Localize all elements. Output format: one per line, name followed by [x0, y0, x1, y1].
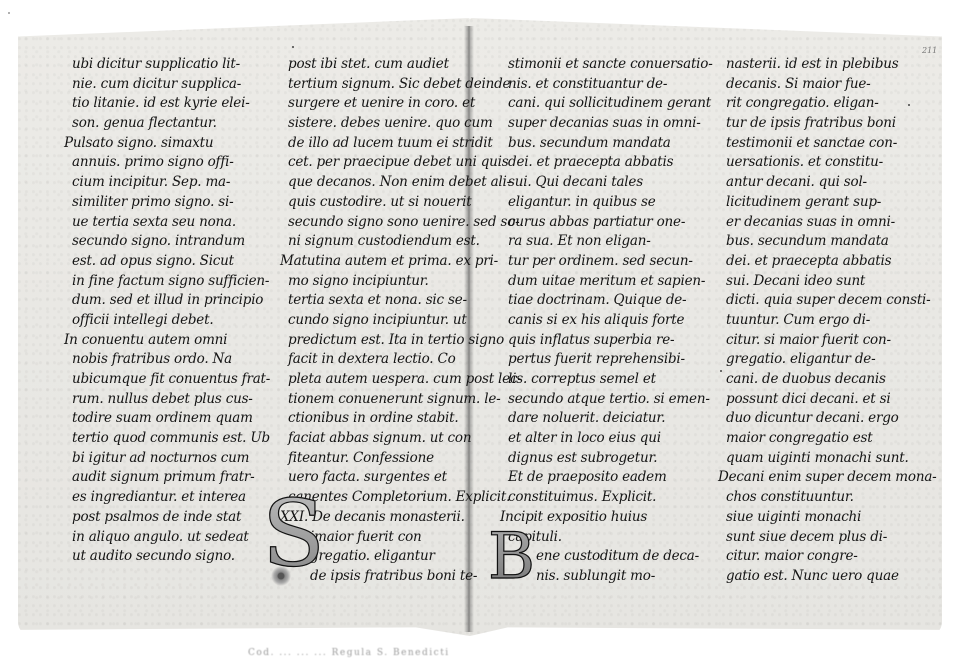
manuscript-line: todire suam ordinem quam: [72, 409, 270, 429]
manuscript-line: possunt dici decani. et si: [726, 390, 937, 410]
manuscript-line: er decanias suas in omni-: [726, 213, 937, 233]
manuscript-line: dum uitae meritum et sapien-: [508, 272, 713, 292]
manuscript-line: cium incipitur. Sep. ma-: [72, 173, 270, 193]
parchment-speck: [8, 12, 10, 14]
manuscript-line: licitudinem gerant sup-: [726, 193, 937, 213]
manuscript-line: sunt siue decem plus di-: [726, 528, 937, 548]
manuscript-line: tur de ipsis fratribus boni: [726, 114, 937, 134]
manuscript-line: dare noluerit. deiciatur.: [508, 409, 713, 429]
manuscript-line: ue tertia sexta seu nona.: [72, 213, 270, 233]
manuscript-line: bi igitur ad nocturnos cum: [72, 449, 270, 469]
manuscript-line: secundo atque tertio. si emen-: [508, 390, 713, 410]
manuscript-line: pertus fuerit reprehensibi-: [508, 350, 713, 370]
manuscript-line: tertio quod communis est. Ub: [72, 429, 270, 449]
manuscript-line: sistere. debes uenire. quo cum: [288, 114, 522, 134]
manuscript-line: nie. cum dicitur supplica-: [72, 75, 270, 95]
manuscript-line: surgere et uenire in coro. et: [288, 94, 522, 114]
manuscript-line: que decanos. Non enim debet ali-: [288, 173, 522, 193]
manuscript-line: Et de praeposito eadem: [508, 468, 713, 488]
manuscript-line: gregatio. eligantur de-: [726, 350, 937, 370]
manuscript-line: decanis. Si maior fue-: [726, 75, 937, 95]
manuscript-line: dignus est subrogetur.: [508, 449, 713, 469]
manuscript-line: secundo signo sono uenire. sed so-: [288, 213, 522, 233]
manuscript-line: Matutina autem et prima. ex pri-: [280, 252, 522, 272]
manuscript-line: fiteantur. Confessione: [288, 449, 522, 469]
manuscript-line: est. ad opus signo. Sicut: [72, 252, 270, 272]
manuscript-line: annuis. primo signo offi-: [72, 153, 270, 173]
manuscript-line: cani. qui sollicitudinem gerant: [508, 94, 713, 114]
manuscript-line: post psalmos de inde stat: [72, 508, 270, 528]
manuscript-line: tionem conuenerunt signum. le-: [288, 390, 522, 410]
manuscript-line: ubicumque fit conuentus frat-: [72, 370, 270, 390]
manuscript-line: tiae doctrinam. Quique de-: [508, 291, 713, 311]
manuscript-line: Pulsato signo. simaxtu: [64, 134, 270, 154]
manuscript-line: bus. secundum mandata: [508, 134, 713, 154]
manuscript-line: In conuentu autem omni: [64, 331, 270, 351]
manuscript-line: capituli.: [508, 528, 713, 548]
manuscript-line: cet. per praecipue debet uni quis: [288, 153, 522, 173]
manuscript-line: tertia sexta et nona. sic se-: [288, 291, 522, 311]
manuscript-line: cani. de duobus decanis: [726, 370, 937, 390]
manuscript-line: Decani enim super decem mona-: [718, 468, 937, 488]
manuscript-line: et alter in loco eius qui: [508, 429, 713, 449]
manuscript-line: nis. et constituantur de-: [508, 75, 713, 95]
manuscript-line: quis custodire. ut si nouerit: [288, 193, 522, 213]
text-column-3: stimonii et sancte conuersatio- nis. et …: [508, 55, 713, 587]
manuscript-line: bus. secundum mandata: [726, 232, 937, 252]
floral-flourish-icon: [270, 565, 292, 587]
parchment-speck: [720, 370, 722, 372]
manuscript-line: cundo signo incipiuntur. ut: [288, 311, 522, 331]
manuscript-line: sui. Qui decani tales: [508, 173, 713, 193]
manuscript-line: quam uiginti monachi sunt.: [726, 449, 937, 469]
manuscript-line: sui. Decani ideo sunt: [726, 272, 937, 292]
manuscript-line: ene custoditum de deca-: [536, 547, 713, 567]
manuscript-line: nasterii. id est in plebibus: [726, 55, 937, 75]
manuscript-line: in fine factum signo sufficien-: [72, 272, 270, 292]
manuscript-line: dei. et praecepta abbatis: [726, 252, 937, 272]
manuscript-line: dei. et praecepta abbatis: [508, 153, 713, 173]
manuscript-line: maior congregatio est: [726, 429, 937, 449]
manuscript-line: chos constituuntur.: [726, 488, 937, 508]
manuscript-line: tur per ordinem. sed secun-: [508, 252, 713, 272]
manuscript-line: tertium signum. Sic debet deinde: [288, 75, 522, 95]
manuscript-line: lis. correptus semel et: [508, 370, 713, 390]
manuscript-line: antur decani. qui sol-: [726, 173, 937, 193]
manuscript-line: eligantur. in quibus se: [508, 193, 713, 213]
manuscript-line: similiter primo signo. si-: [72, 193, 270, 213]
manuscript-line: citur. maior congre-: [726, 547, 937, 567]
manuscript-line: son. genua flectantur.: [72, 114, 270, 134]
manuscript-line: curus abbas partiatur one-: [508, 213, 713, 233]
manuscript-line: in aliquo angulo. ut sedeat: [72, 528, 270, 548]
manuscript-line: ubi dicitur supplicatio lit-: [72, 55, 270, 75]
decorated-initial-s: S: [262, 488, 325, 580]
manuscript-line: rum. nullus debet plus cus-: [72, 390, 270, 410]
parchment-speck: [908, 104, 910, 106]
manuscript-line: de illo ad lucem tuum ei stridit: [288, 134, 522, 154]
parchment-speck: [292, 46, 294, 48]
decorated-initial-b: B: [488, 525, 535, 589]
manuscript-line: ut audito secundo signo.: [72, 547, 270, 567]
manuscript-line: nis. sublungit mo-: [536, 567, 713, 587]
folio-number: 211: [922, 46, 937, 55]
manuscript-line: duo dicuntur decani. ergo: [726, 409, 937, 429]
manuscript-line: nobis fratribus ordo. Na: [72, 350, 270, 370]
manuscript-line: uersationis. et constitu-: [726, 153, 937, 173]
text-column-1: ubi dicitur supplicatio lit- nie. cum di…: [72, 55, 270, 567]
manuscript-line: citur. si maior fuerit con-: [726, 331, 937, 351]
manuscript-line: canis si ex his aliquis forte: [508, 311, 713, 331]
manuscript-line: ctionibus in ordine stabit.: [288, 409, 522, 429]
manuscript-line: quis inflatus superbia re-: [508, 331, 713, 351]
manuscript-line: dicti. quia super decem consti-: [726, 291, 937, 311]
manuscript-line: audit signum primum fratr-: [72, 468, 270, 488]
text-column-4: nasterii. id est in plebibus decanis. Si…: [726, 55, 937, 587]
manuscript-line: post ibi stet. cum audiet: [288, 55, 522, 75]
manuscript-line: gatio est. Nunc uero quae: [726, 567, 937, 587]
manuscript-line: predictum est. Ita in tertio signo: [288, 331, 522, 351]
manuscript-line: dum. sed et illud in principio: [72, 291, 270, 311]
manuscript-line: stimonii et sancte conuersatio-: [508, 55, 713, 75]
manuscript-line: facit in dextera lectio. Co: [288, 350, 522, 370]
manuscript-line: secundo signo. intrandum: [72, 232, 270, 252]
manuscript-line: rit congregatio. eligan-: [726, 94, 937, 114]
manuscript-line: officii intellegi debet.: [72, 311, 270, 331]
manuscript-line: ni signum custodiendum est.: [288, 232, 522, 252]
manuscript-line: mo signo incipiuntur.: [288, 272, 522, 292]
manuscript-line: constituimus. Explicit.: [508, 488, 713, 508]
manuscript-line: tio litanie. id est kyrie elei-: [72, 94, 270, 114]
manuscript-line: siue uiginti monachi: [726, 508, 937, 528]
plate-caption: Cod. ... ... ... Regula S. Benedicti: [248, 648, 450, 658]
manuscript-line: super decanias suas in omni-: [508, 114, 713, 134]
manuscript-line: tuuntur. Cum ergo di-: [726, 311, 937, 331]
manuscript-line: pleta autem uespera. cum post lec-: [288, 370, 522, 390]
manuscript-line: es ingrediantur. et interea: [72, 488, 270, 508]
manuscript-line: faciat abbas signum. ut con: [288, 429, 522, 449]
manuscript-line: ra sua. Et non eligan-: [508, 232, 713, 252]
manuscript-line: testimonii et sanctae con-: [726, 134, 937, 154]
